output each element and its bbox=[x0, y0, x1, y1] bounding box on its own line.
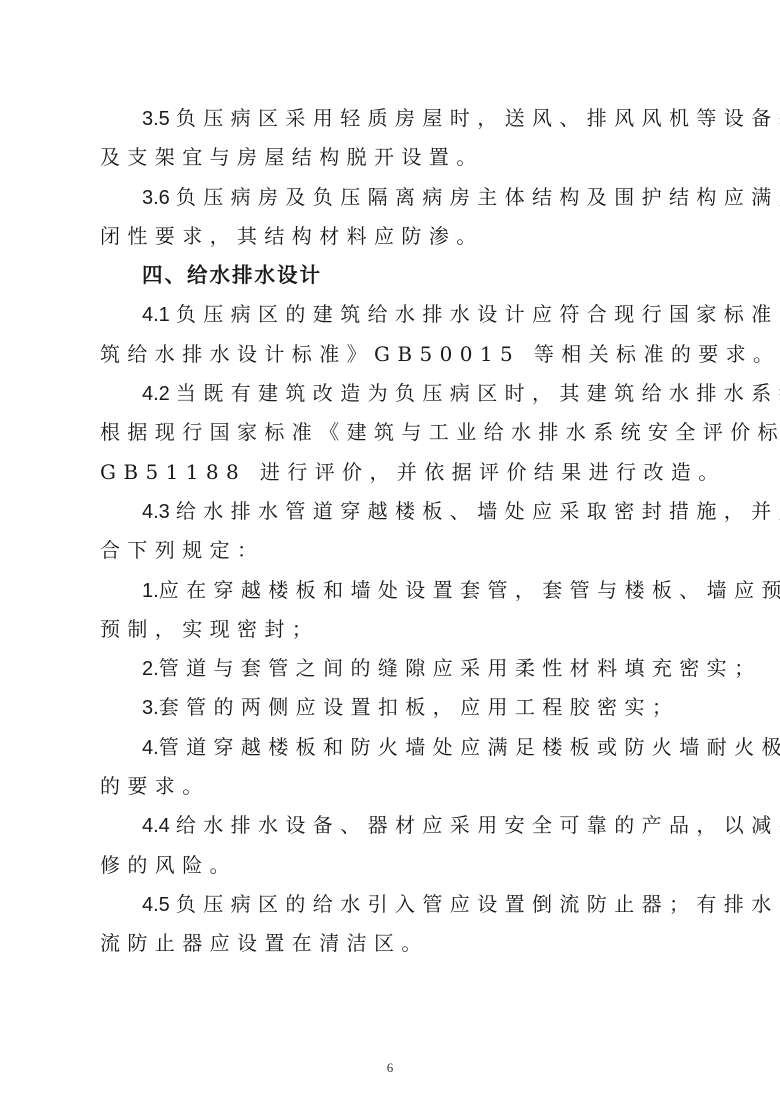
item-1-line-1: 1.应在穿越楼板和墙处设置套管，套管与楼板、墙应预埋或 bbox=[100, 571, 682, 610]
clause-3-5-line-1: 3.5负压病区采用轻质房屋时，送风、排风风机等设备基础 bbox=[100, 99, 682, 138]
item-number: 2. bbox=[142, 658, 159, 680]
clause-4-2-line-3: GB51188 进行评价，并依据评价结果进行改造。 bbox=[100, 453, 682, 492]
clause-4-2-line-1: 4.2当既有建筑改造为负压病区时，其建筑给水排水系统应 bbox=[100, 374, 682, 413]
clause-number: 3.6 bbox=[142, 187, 170, 209]
document-page: 3.5负压病区采用轻质房屋时，送风、排风风机等设备基础 及支架宜与房屋结构脱开设… bbox=[100, 99, 682, 964]
item-3-line-1: 3.套管的两侧应设置扣板，应用工程胶密实； bbox=[100, 688, 682, 727]
item-text: 应在穿越楼板和墙处设置套管，套管与楼板、墙应预埋或 bbox=[159, 578, 780, 602]
clause-text: 负压病房及负压隔离病房主体结构及围护结构应满足密 bbox=[176, 185, 780, 209]
clause-4-2-line-2: 根据现行国家标准《建筑与工业给水排水系统安全评价标准》 bbox=[100, 413, 682, 452]
clause-text: 给水排水管道穿越楼板、墙处应采取密封措施，并应符 bbox=[176, 499, 780, 523]
clause-3-5-line-2: 及支架宜与房屋结构脱开设置。 bbox=[100, 138, 682, 177]
section-heading: 四、给水排水设计 bbox=[100, 256, 682, 295]
clause-3-6-line-2: 闭性要求，其结构材料应防渗。 bbox=[100, 217, 682, 256]
clause-number: 4.2 bbox=[142, 383, 170, 405]
clause-number: 3.5 bbox=[142, 108, 170, 130]
clause-number: 4.3 bbox=[142, 501, 170, 523]
page-number: 6 bbox=[0, 1060, 780, 1076]
clause-4-1-line-2: 筑给水排水设计标准》GB50015 等相关标准的要求。 bbox=[100, 335, 682, 374]
item-2-line-1: 2.管道与套管之间的缝隙应采用柔性材料填充密实； bbox=[100, 649, 682, 688]
clause-text: 负压病区的给水引入管应设置倒流防止器；有排水的倒 bbox=[176, 892, 780, 916]
item-1-line-2: 预制，实现密封； bbox=[100, 610, 682, 649]
clause-number: 4.1 bbox=[142, 304, 170, 326]
clause-text: 负压病区采用轻质房屋时，送风、排风风机等设备基础 bbox=[176, 106, 780, 130]
item-text: 管道穿越楼板和防火墙处应满足楼板或防火墙耐火极限 bbox=[159, 735, 780, 759]
clause-text: 负压病区的建筑给水排水设计应符合现行国家标准《建 bbox=[176, 302, 780, 326]
clause-4-1-line-1: 4.1负压病区的建筑给水排水设计应符合现行国家标准《建 bbox=[100, 295, 682, 334]
clause-number: 4.5 bbox=[142, 894, 170, 916]
item-number: 4. bbox=[142, 737, 159, 759]
clause-4-5-line-2: 流防止器应设置在清洁区。 bbox=[100, 924, 682, 963]
item-number: 3. bbox=[142, 697, 159, 719]
item-text: 管道与套管之间的缝隙应采用柔性材料填充密实； bbox=[159, 656, 762, 680]
clause-text: 给水排水设备、器材应采用安全可靠的产品，以减少维 bbox=[176, 813, 780, 837]
clause-4-3-line-1: 4.3给水排水管道穿越楼板、墙处应采取密封措施，并应符 bbox=[100, 492, 682, 531]
clause-4-3-line-2: 合下列规定： bbox=[100, 531, 682, 570]
item-4-line-1: 4.管道穿越楼板和防火墙处应满足楼板或防火墙耐火极限 bbox=[100, 728, 682, 767]
item-4-line-2: 的要求。 bbox=[100, 767, 682, 806]
clause-3-6-line-1: 3.6负压病房及负压隔离病房主体结构及围护结构应满足密 bbox=[100, 178, 682, 217]
item-number: 1. bbox=[142, 580, 159, 602]
item-text: 套管的两侧应设置扣板，应用工程胶密实； bbox=[159, 695, 680, 719]
clause-number: 4.4 bbox=[142, 815, 170, 837]
clause-4-5-line-1: 4.5负压病区的给水引入管应设置倒流防止器；有排水的倒 bbox=[100, 885, 682, 924]
clause-text: 当既有建筑改造为负压病区时，其建筑给水排水系统应 bbox=[176, 381, 780, 405]
clause-4-4-line-2: 修的风险。 bbox=[100, 846, 682, 885]
clause-4-4-line-1: 4.4给水排水设备、器材应采用安全可靠的产品，以减少维 bbox=[100, 806, 682, 845]
